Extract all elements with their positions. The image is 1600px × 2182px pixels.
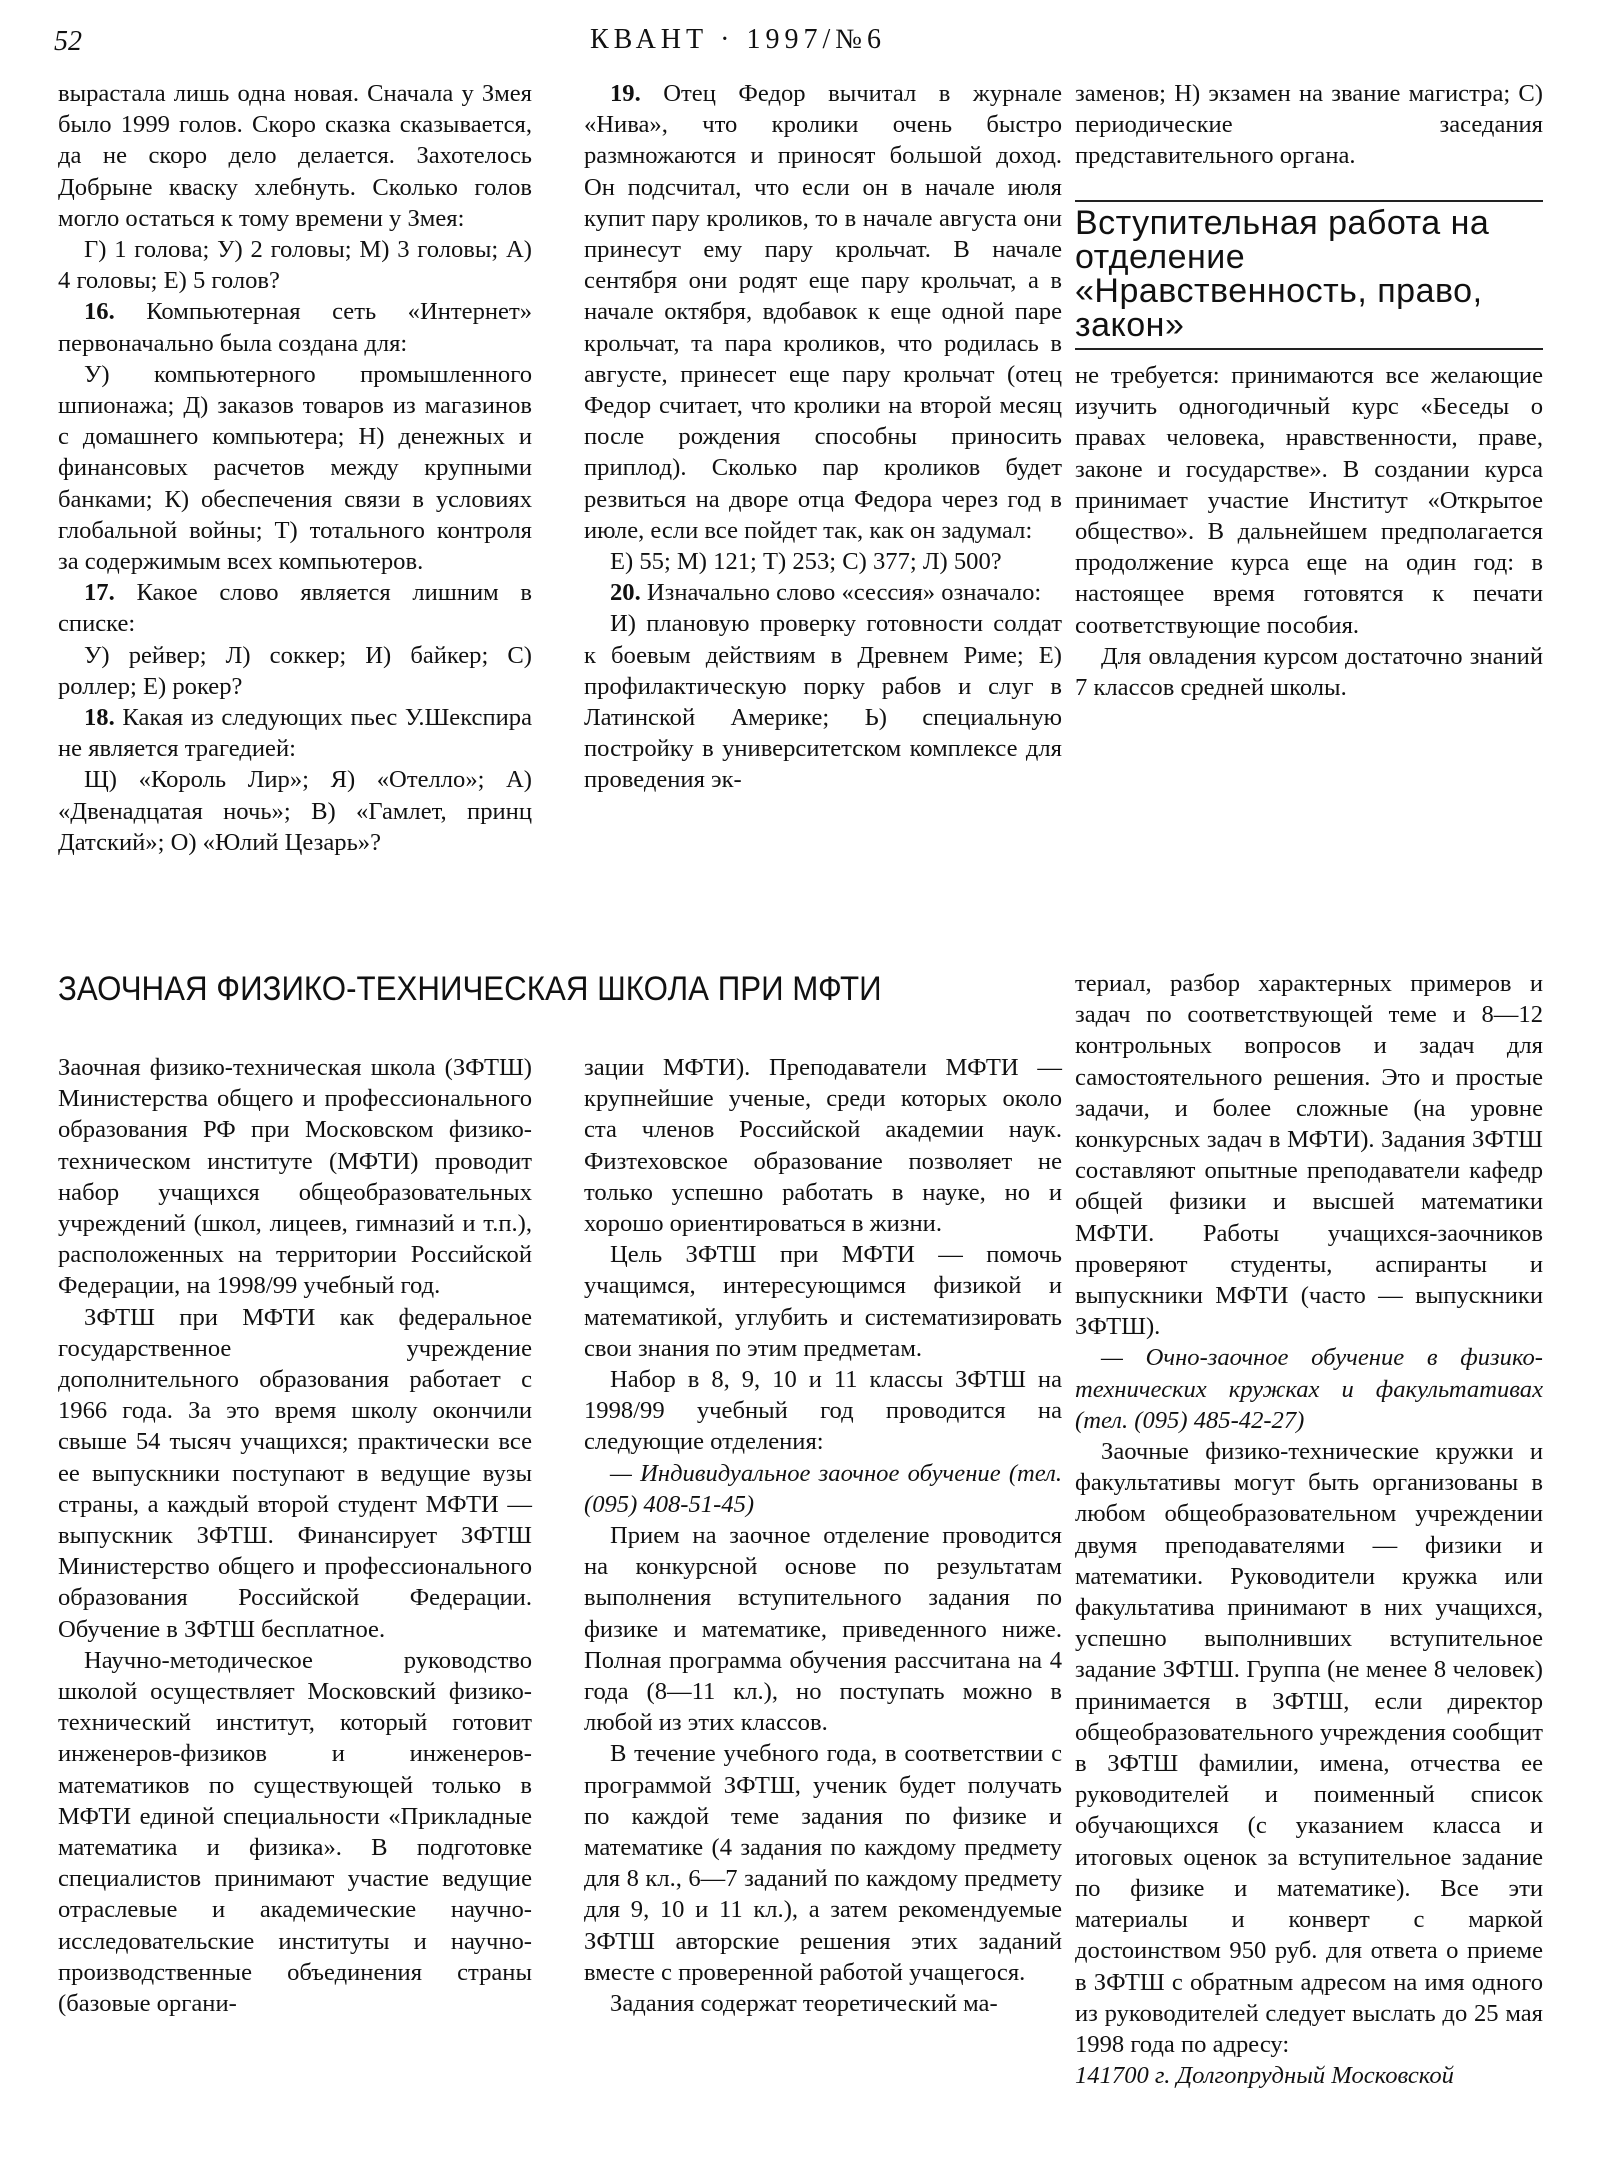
- ethics-paragraph: не требуется: принимаются все желающие и…: [1075, 360, 1543, 641]
- running-header: КВАНТ · 1997/№6: [590, 24, 1010, 56]
- quiz-question-18: 18. Какая из следующих пьес У.Шекспира н…: [58, 702, 532, 764]
- quiz-text: вырастала лишь одна новая. Сначала у Зме…: [58, 78, 532, 234]
- article-paragraph: Прием на заочное отделение проводится на…: [584, 1520, 1062, 1738]
- article-paragraph: Набор в 8, 9, 10 и 11 классы ЗФТШ на 199…: [584, 1364, 1062, 1458]
- department-heading-individual: — Индивидуальное заочное обучение (тел. …: [584, 1458, 1062, 1520]
- question-number: 20.: [610, 579, 641, 606]
- ethics-paragraph: Для овладения курсом достаточно знаний 7…: [1075, 641, 1543, 703]
- quiz-answers: У) компьютерного промышленного шпионажа;…: [58, 359, 532, 577]
- quiz-question-20: 20. Изначально слово «сессия» означало:: [584, 577, 1062, 608]
- quiz-answers: Щ) «Король Лир»; Я) «Отелло»; А) «Двенад…: [58, 764, 532, 858]
- article-paragraph: Цель ЗФТШ при МФТИ — помочь учащимся, ин…: [584, 1239, 1062, 1364]
- ethics-section-body: не требуется: принимаются все желающие и…: [1075, 360, 1543, 703]
- department-heading-part-time: — Очно-заочное обучение в физико-техниче…: [1075, 1342, 1543, 1436]
- question-number: 18.: [84, 704, 115, 731]
- section-rule-top: [1075, 200, 1543, 202]
- quiz-answers: Е) 55; М) 121; Т) 253; С) 377; Л) 500?: [584, 546, 1062, 577]
- quiz-answers: И) плановую проверку готовности солдат к…: [584, 608, 1062, 795]
- article-paragraph: Научно-методическое руководство школой о…: [58, 1645, 532, 2019]
- article-column-2: зации МФТИ). Преподаватели МФТИ — крупне…: [584, 1052, 1062, 2019]
- article-paragraph: Заочная физико-техническая школа (ЗФТШ) …: [58, 1052, 532, 1302]
- quiz-question-16: 16. Компьютерная сеть «Интернет» первона…: [58, 296, 532, 358]
- article-paragraph: ЗФТШ при МФТИ как федеральное государств…: [58, 1302, 532, 1645]
- quiz-answers: У) рейвер; Л) соккер; И) байкер; С) ролл…: [58, 640, 532, 702]
- page-number: 52: [54, 26, 82, 58]
- question-text: Изначально слово «сессия» означало:: [641, 579, 1042, 606]
- question-text: Компьютерная сеть «Интернет» первоначаль…: [58, 298, 532, 356]
- quiz-answers: Г) 1 голова; У) 2 головы; М) 3 головы; А…: [58, 234, 532, 296]
- article-title: ЗАОЧНАЯ ФИЗИКО-ТЕХНИЧЕСКАЯ ШКОЛА ПРИ МФТ…: [58, 970, 987, 1009]
- magazine-page: 52 КВАНТ · 1997/№6 вырастала лишь одна н…: [0, 0, 1600, 2182]
- question-number: 17.: [84, 579, 115, 606]
- quiz-question-17: 17. Какое слово является лишним в списке…: [58, 577, 532, 639]
- quiz-text: заменов; Н) экзамен на звание магистра; …: [1075, 78, 1543, 172]
- section-rule-bottom: [1075, 348, 1543, 350]
- question-number: 16.: [84, 298, 115, 325]
- quiz-column-1: вырастала лишь одна новая. Сначала у Зме…: [58, 78, 532, 858]
- quiz-question-19: 19. Отец Федор вычитал в журнале «Нива»,…: [584, 78, 1062, 546]
- article-paragraph: В течение учебного года, в соответствии …: [584, 1738, 1062, 1988]
- article-paragraph: Задания содержат теоретический ма-: [584, 1988, 1062, 2019]
- article-paragraph: териал, разбор характерных примеров и за…: [1075, 968, 1543, 1342]
- article-column-3: териал, разбор характерных примеров и за…: [1075, 968, 1543, 2091]
- quiz-column-2: 19. Отец Федор вычитал в журнале «Нива»,…: [584, 78, 1062, 796]
- quiz-column-3: заменов; Н) экзамен на звание магистра; …: [1075, 78, 1543, 172]
- question-text: Какое слово является лишним в списке:: [58, 579, 532, 637]
- mailing-address: 141700 г. Долгопрудный Московской: [1075, 2060, 1543, 2091]
- article-paragraph: зации МФТИ). Преподаватели МФТИ — крупне…: [584, 1052, 1062, 1239]
- ethics-section-title: Вступительная работа на отделение «Нравс…: [1075, 206, 1543, 342]
- question-number: 19.: [610, 80, 641, 107]
- article-paragraph: Заочные физико-технические кружки и факу…: [1075, 1436, 1543, 2060]
- article-column-1: Заочная физико-техническая школа (ЗФТШ) …: [58, 1052, 532, 2019]
- question-text: Какая из следующих пьес У.Шекспира не яв…: [58, 704, 532, 762]
- question-text: Отец Федор вычитал в журнале «Нива», что…: [584, 80, 1062, 544]
